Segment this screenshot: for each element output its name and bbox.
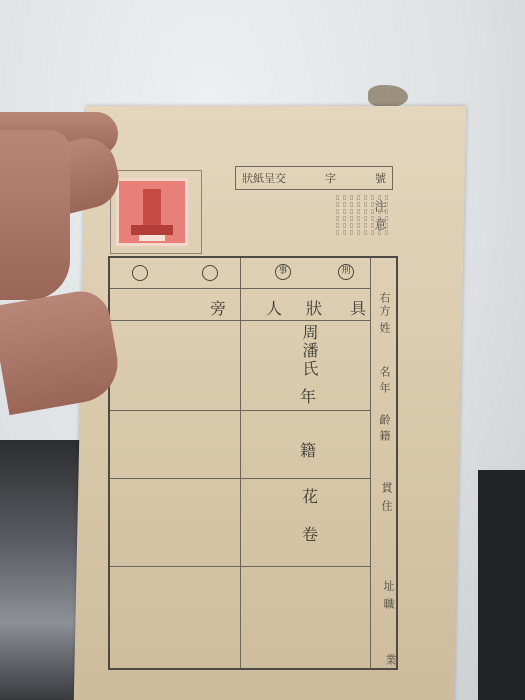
header-pang: 旁 <box>210 296 226 319</box>
form-table: 事 刑 旁 人 狀 具 周潘氏 年 籍 花 卷 右方 姓 名 年 齡 籍 貫 住… <box>108 256 398 670</box>
circle-blank-1 <box>132 265 148 281</box>
notes-body: ▯▯▯▯▯▯ ▯▯▯▯▯▯ ▯▯▯▯▯▯ ▯▯▯▯▯▯ ▯▯▯▯▯▯ ▯▯▯▯▯… <box>240 194 390 254</box>
handwritten-nian: 年 <box>300 384 316 407</box>
label-live: 住 <box>378 500 394 513</box>
header-ren: 人 <box>266 296 282 319</box>
header-box: 狀紙呈交 字 號 <box>235 166 393 190</box>
label-address: 址 <box>380 580 396 593</box>
wall-chip <box>368 85 408 107</box>
col-line <box>370 258 371 668</box>
label-native: 籍 <box>376 430 392 443</box>
handwritten-name: 周潘氏 <box>298 324 321 378</box>
handwritten-juan: 卷 <box>302 522 318 545</box>
label-trade: 業 <box>382 654 398 667</box>
pagoda-icon <box>143 189 161 229</box>
circle-shi: 事 <box>275 264 291 280</box>
label-surname: 姓 <box>376 322 392 335</box>
dark-fabric-right <box>478 470 525 700</box>
handwritten-ji: 籍 <box>300 438 316 461</box>
label-age: 齡 <box>376 414 392 427</box>
stamp-value <box>139 235 165 241</box>
handwritten-hua: 花 <box>302 484 318 507</box>
hand-palm <box>0 130 70 300</box>
header-subtitle: 狀紙呈交 <box>242 170 286 186</box>
revenue-stamp <box>116 178 188 246</box>
header-ju: 具 <box>350 296 366 319</box>
label-year: 年 <box>376 382 392 395</box>
label-name: 名 <box>376 366 392 379</box>
circle-xing: 刑 <box>338 264 354 280</box>
notes-title: 注意 <box>372 200 389 236</box>
header-title-left: 字 <box>325 170 336 186</box>
header-zhuang: 狀 <box>306 296 322 319</box>
label-origin: 貫 <box>378 482 394 495</box>
pagoda-base <box>131 225 173 235</box>
label-occupation: 職 <box>380 598 396 611</box>
header-title-right: 號 <box>375 170 386 186</box>
label-right-side: 右方 <box>376 292 392 318</box>
circle-blank-2 <box>202 265 218 281</box>
col-line <box>240 258 241 668</box>
